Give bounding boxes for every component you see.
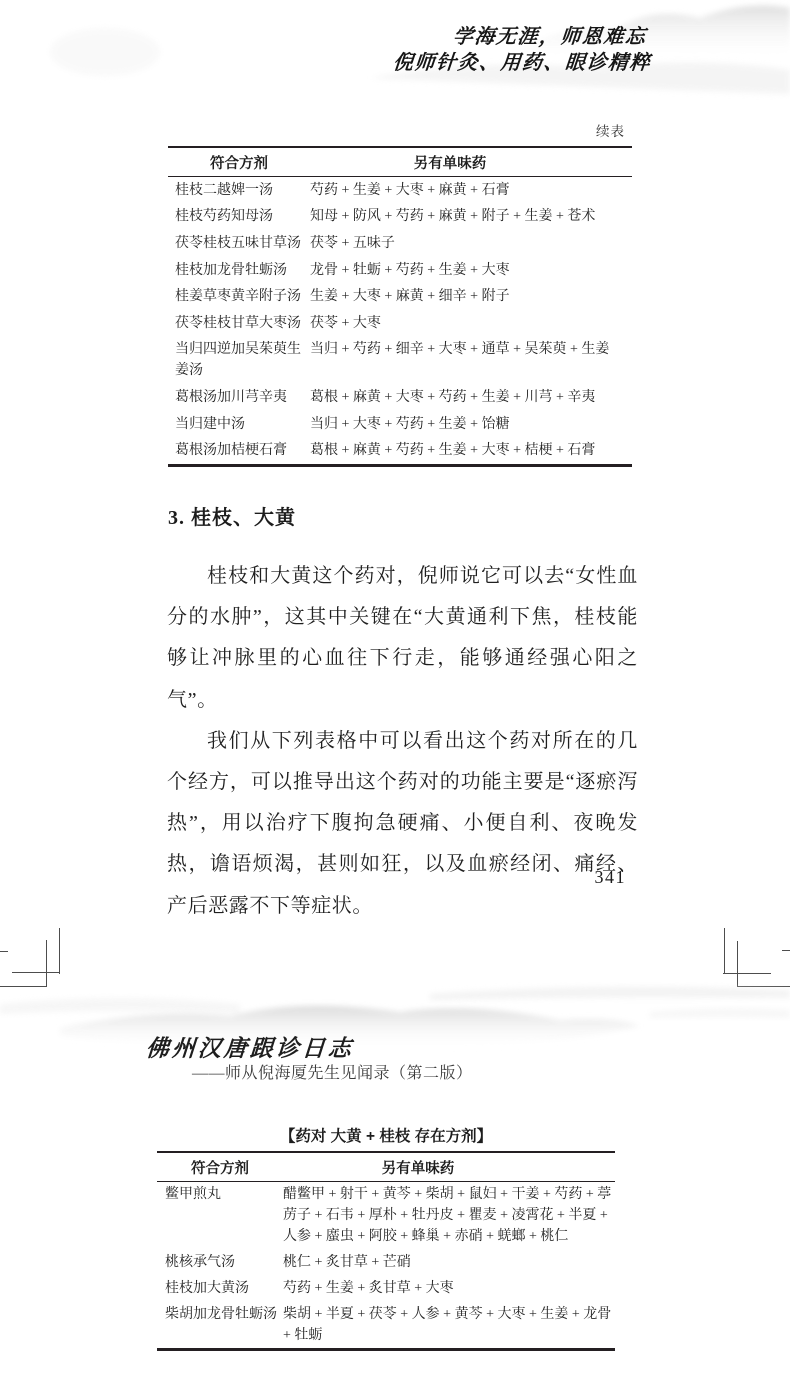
herb-list: 茯苓 + 五味子 xyxy=(310,233,632,254)
motto-line2: 倪师针灸、用药、眼诊精粹 xyxy=(392,51,652,75)
formula-name: 葛根汤加川芎辛夷 xyxy=(168,387,310,408)
table-row: 桂枝芍药知母汤 知母 + 防风 + 芍药 + 麻黄 + 附子 + 生姜 + 苍术 xyxy=(168,204,632,231)
table-row: 桃核承气汤 桃仁 + 炙甘草 + 芒硝 xyxy=(157,1250,615,1276)
herb-list: 当归 + 芍药 + 细辛 + 大枣 + 通草 + 吴茱萸 + 生姜 xyxy=(310,339,632,381)
table-row: 葛根汤加川芎辛夷 葛根 + 麻黄 + 大枣 + 芍药 + 生姜 + 川芎 + 辛… xyxy=(168,384,632,411)
herb-list: 葛根 + 麻黄 + 芍药 + 生姜 + 大枣 + 桔梗 + 石膏 xyxy=(310,440,632,461)
formula-name: 茯苓桂枝甘草大枣汤 xyxy=(168,313,310,334)
herb-list: 茯苓 + 大枣 xyxy=(310,313,632,334)
book-scan-page: 学海无涯，师恩难忘 倪师针灸、用药、眼诊精粹 续表 符合方剂 另有单味药 桂枝二… xyxy=(0,0,790,1388)
herb-list: 生姜 + 大枣 + 麻黄 + 细辛 + 附子 xyxy=(310,286,632,307)
formula-table-continued: 符合方剂 另有单味药 桂枝二越婢一汤 芍药 + 生姜 + 大枣 + 麻黄 + 石… xyxy=(168,146,632,467)
body-paragraph: 我们从下列表格中可以看出这个药对所在的几个经方，可以推导出这个药对的功能主要是“… xyxy=(167,721,638,927)
crop-mark xyxy=(724,928,725,974)
table-row: 葛根汤加桔梗石膏 葛根 + 麻黄 + 芍药 + 生姜 + 大枣 + 桔梗 + 石… xyxy=(168,437,632,464)
table-continued-label: 续表 xyxy=(168,120,625,140)
formula-name: 当归四逆加吴茱萸生姜汤 xyxy=(168,339,310,381)
herb-list: 芍药 + 生姜 + 炙甘草 + 大枣 xyxy=(283,1278,615,1299)
herb-list: 醋鳖甲 + 射干 + 黄芩 + 柴胡 + 鼠妇 + 干姜 + 芍药 + 葶苈子 … xyxy=(283,1184,615,1247)
pair-table-title: 【药对 大黄 + 桂枝 存在方剂】 xyxy=(157,1124,615,1146)
book-subtitle: ——师从倪海厦先生见闻录（第二版） xyxy=(192,1060,473,1083)
table-row: 桂枝加大黄汤 芍药 + 生姜 + 炙甘草 + 大枣 xyxy=(157,1276,615,1302)
formula-name: 桂枝加大黄汤 xyxy=(157,1278,283,1299)
formula-name: 桃核承气汤 xyxy=(157,1252,283,1273)
formula-name: 葛根汤加桔梗石膏 xyxy=(168,440,310,461)
table-row: 当归四逆加吴茱萸生姜汤 当归 + 芍药 + 细辛 + 大枣 + 通草 + 吴茱萸… xyxy=(168,337,632,385)
herb-list: 当归 + 大枣 + 芍药 + 生姜 + 饴糖 xyxy=(310,414,632,435)
pair-formula-table: 符合方剂 另有单味药 鳖甲煎丸 醋鳖甲 + 射干 + 黄芩 + 柴胡 + 鼠妇 … xyxy=(157,1151,615,1351)
formula-name: 桂姜草枣黄辛附子汤 xyxy=(168,286,310,307)
column-header-formula: 符合方剂 xyxy=(157,1157,283,1178)
crop-mark xyxy=(0,986,47,987)
table-header-row: 符合方剂 另有单味药 xyxy=(157,1153,615,1182)
crop-mark xyxy=(723,973,771,974)
column-header-formula: 符合方剂 xyxy=(168,152,310,173)
crop-mark xyxy=(12,972,60,973)
table-row: 当归建中汤 当归 + 大枣 + 芍药 + 生姜 + 饴糖 xyxy=(168,411,632,438)
formula-name: 茯苓桂枝五味甘草汤 xyxy=(168,233,310,254)
herb-list: 龙骨 + 牡蛎 + 芍药 + 生姜 + 大枣 xyxy=(310,260,632,281)
crop-mark xyxy=(59,928,60,974)
page-number: 341 xyxy=(168,867,626,888)
crop-mark xyxy=(737,941,738,987)
formula-name: 柴胡加龙骨牡蛎汤 xyxy=(157,1304,283,1346)
crop-mark xyxy=(46,940,47,987)
formula-name: 桂枝二越婢一汤 xyxy=(168,180,310,201)
herb-list: 知母 + 防风 + 芍药 + 麻黄 + 附子 + 生姜 + 苍术 xyxy=(310,206,632,227)
crop-mark xyxy=(782,950,790,951)
column-header-herbs: 另有单味药 xyxy=(310,152,632,173)
herb-list: 葛根 + 麻黄 + 大枣 + 芍药 + 生姜 + 川芎 + 辛夷 xyxy=(310,387,632,408)
formula-name: 桂枝加龙骨牡蛎汤 xyxy=(168,260,310,281)
motto-line1: 学海无涯，师恩难忘 xyxy=(452,25,648,49)
table-header-row: 符合方剂 另有单味药 xyxy=(168,148,632,177)
herb-list: 芍药 + 生姜 + 大枣 + 麻黄 + 石膏 xyxy=(310,180,632,201)
table-row: 桂枝二越婢一汤 芍药 + 生姜 + 大枣 + 麻黄 + 石膏 xyxy=(168,177,632,204)
crop-mark xyxy=(0,951,8,952)
herb-list: 柴胡 + 半夏 + 茯苓 + 人参 + 黄芩 + 大枣 + 生姜 + 龙骨 + … xyxy=(283,1304,615,1346)
section-heading: 3. 桂枝、大黄 xyxy=(168,501,296,530)
formula-name: 鳖甲煎丸 xyxy=(157,1184,283,1247)
formula-name: 桂枝芍药知母汤 xyxy=(168,206,310,227)
table-row: 柴胡加龙骨牡蛎汤 柴胡 + 半夏 + 茯苓 + 人参 + 黄芩 + 大枣 + 生… xyxy=(157,1301,615,1348)
table-row: 茯苓桂枝五味甘草汤 茯苓 + 五味子 xyxy=(168,230,632,257)
formula-name: 当归建中汤 xyxy=(168,414,310,435)
table-row: 茯苓桂枝甘草大枣汤 茯苓 + 大枣 xyxy=(168,310,632,337)
column-header-herbs: 另有单味药 xyxy=(283,1157,615,1178)
table-row: 鳖甲煎丸 醋鳖甲 + 射干 + 黄芩 + 柴胡 + 鼠妇 + 干姜 + 芍药 +… xyxy=(157,1182,615,1250)
body-paragraph: 桂枝和大黄这个药对，倪师说它可以去“女性血分的水肿”，这其中关键在“大黄通利下焦… xyxy=(167,556,638,721)
herb-list: 桃仁 + 炙甘草 + 芒硝 xyxy=(283,1252,615,1273)
crop-mark xyxy=(737,986,790,987)
book-title: 佛州汉唐跟诊日志 xyxy=(145,1030,355,1063)
table-row: 桂姜草枣黄辛附子汤 生姜 + 大枣 + 麻黄 + 细辛 + 附子 xyxy=(168,283,632,310)
table-row: 桂枝加龙骨牡蛎汤 龙骨 + 牡蛎 + 芍药 + 生姜 + 大枣 xyxy=(168,257,632,284)
